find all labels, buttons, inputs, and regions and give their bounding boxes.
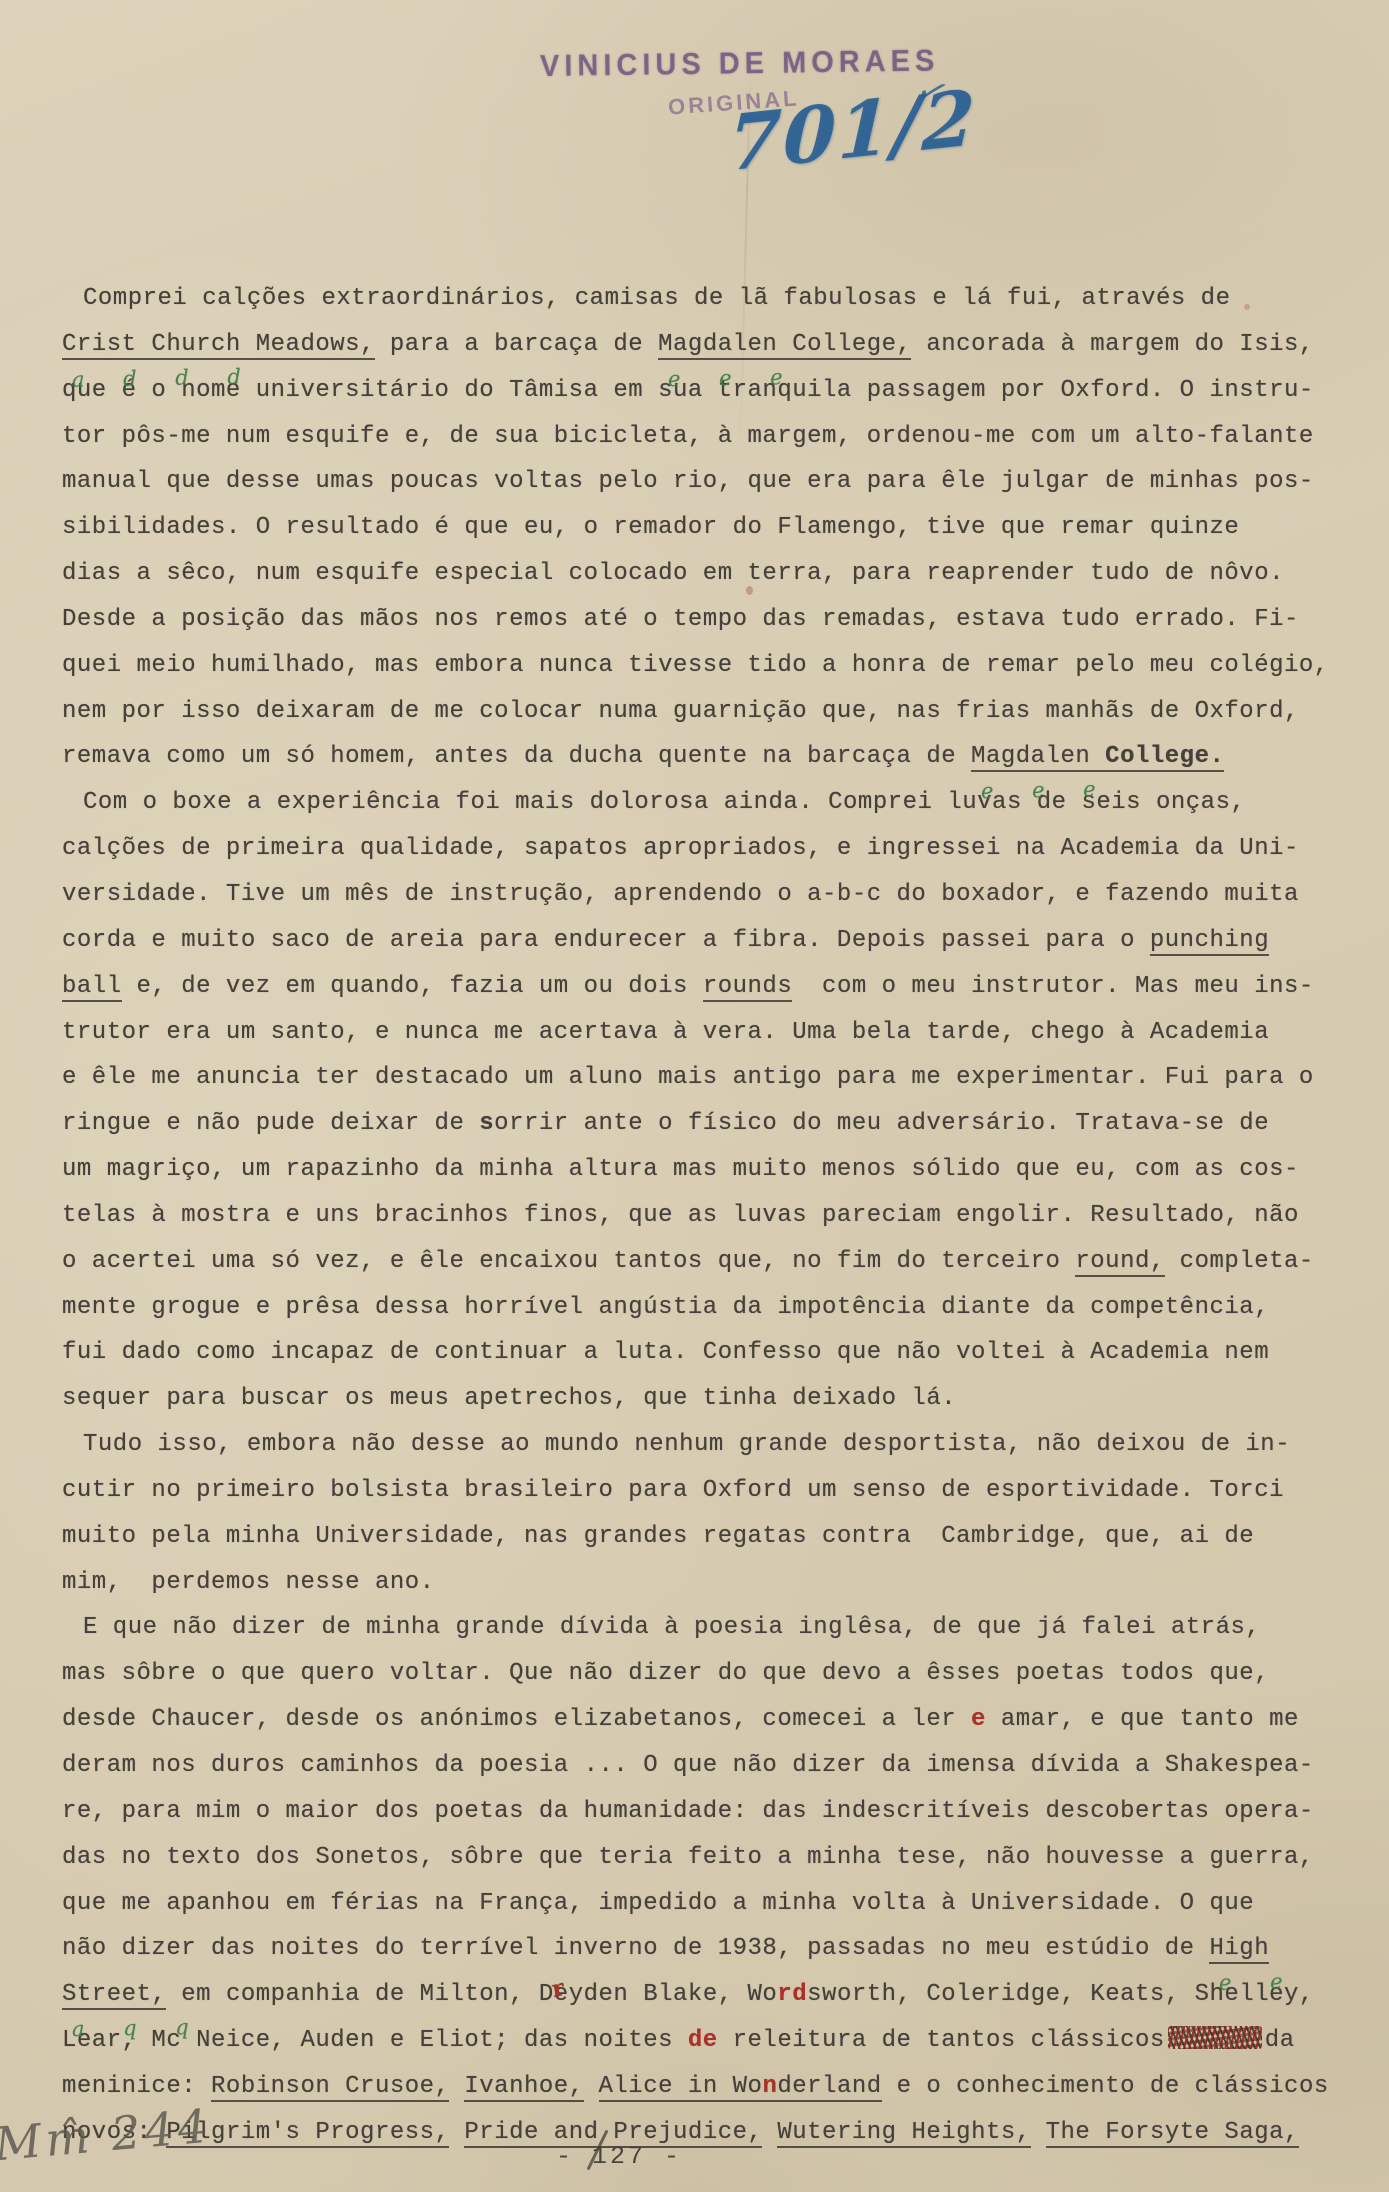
text-segment: sibilidades. O resultado é que eu, o rem…: [62, 514, 1239, 541]
annotated-text-segment: round,: [1075, 1248, 1164, 1277]
text-line: Street, em companhia de Milton, Dreyden …: [62, 1972, 1362, 2018]
text-segment: mim, perdemos nesse ano.: [62, 1569, 435, 1596]
text-segment: Desde a posição das mãos nos remos até o…: [62, 606, 1299, 633]
text-segment: [449, 2073, 464, 2100]
text-line: calções de primeira qualidade, sapatos a…: [62, 826, 1362, 872]
text-line: corda e muito saco de areia para endurec…: [62, 918, 1362, 964]
text-segment: fui dado como incapaz de continuar a lut…: [62, 1339, 1269, 1366]
annotated-text-segment: re: [554, 1981, 569, 2008]
text-segment: não dizer das noites do terrível inverno…: [62, 1935, 1209, 1962]
text-segment: E que não dizer de minha grande dívida à…: [83, 1614, 1260, 1641]
text-segment: completa-: [1165, 1248, 1314, 1275]
annotated-text-segment: derland: [777, 2073, 881, 2102]
scribbled-out-word: [1168, 2026, 1262, 2049]
text-segment: desde Chaucer, desde os anónimos elizabe…: [62, 1706, 971, 1733]
text-segment: amar, e que tanto me: [986, 1706, 1299, 1733]
text-segment: telas à mostra e uns bracinhos finos, qu…: [62, 1202, 1299, 1229]
text-line: trutor era um santo, e nunca me acertava…: [62, 1010, 1362, 1056]
typed-text: Comprei calções extraordinários, camisas…: [62, 276, 1362, 2156]
text-line: meninice: Robinson Crusoe, Ivanhoe, Alic…: [62, 2064, 1362, 2110]
underlined-with-green-marks: Magdalen College,: [658, 331, 911, 360]
text-segment: um magriço, um rapazinho da minha altura…: [62, 1156, 1299, 1183]
text-segment: cutir no primeiro bolsista brasileiro pa…: [62, 1477, 1284, 1504]
text-line: telas à mostra e uns bracinhos finos, qu…: [62, 1193, 1362, 1239]
text-line: muito pela minha Universidade, nas grand…: [62, 1514, 1362, 1560]
text-line: E que não dizer de minha grande dívida à…: [62, 1605, 1362, 1651]
text-line: quei meio humilhado, mas embora nunca ti…: [62, 643, 1362, 689]
annotated-text-segment: n: [762, 2073, 777, 2102]
text-segment: sequer para buscar os meus apetrechos, q…: [62, 1385, 956, 1412]
text-line: Lear, Mc Neice, Auden e Eliot; das noite…: [62, 2018, 1362, 2064]
text-line: mim, perdemos nesse ano.: [62, 1560, 1362, 1606]
text-segment: ringue e não pude deixar de: [62, 1110, 479, 1137]
text-segment: dias a sêco, num esquife especial coloca…: [62, 560, 1284, 587]
text-line: Comprei calções extraordinários, camisas…: [62, 276, 1362, 322]
text-line: tor pôs-me num esquife e, de sua bicicle…: [62, 414, 1362, 460]
annotated-text-segment: Alice in Wo: [599, 2073, 763, 2102]
text-segment: ancorada à margem do Isis,: [911, 331, 1313, 358]
text-segment: [762, 2119, 777, 2146]
text-line: fui dado como incapaz de continuar a lut…: [62, 1330, 1362, 1376]
text-line: que me apanhou em férias na França, impe…: [62, 1881, 1362, 1927]
underlined-with-green-marks: High: [1209, 1935, 1269, 1964]
text-line: deram nos duros caminhos da poesia ... O…: [62, 1743, 1362, 1789]
text-segment: trutor era um santo, e nunca me acertava…: [62, 1019, 1269, 1046]
text-line: cutir no primeiro bolsista brasileiro pa…: [62, 1468, 1362, 1514]
text-segment: releitura de tantos clássicos: [718, 2027, 1165, 2054]
text-segment: quei meio humilhado, mas embora nunca ti…: [62, 652, 1329, 679]
text-line: novos: Pilgrim's Progress, Pride and Pre…: [62, 2110, 1362, 2156]
text-segment: e, de vez em quando, fazia um ou dois: [122, 973, 703, 1000]
text-line: desde Chaucer, desde os anónimos elizabe…: [62, 1697, 1362, 1743]
text-segment: das no texto dos Sonetos, sôbre que teri…: [62, 1844, 1314, 1871]
text-segment: orrir ante o físico do meu adversário. T…: [494, 1110, 1269, 1137]
underlined-with-green-marks: Crist Church Meadows,: [62, 331, 375, 360]
page-number: - 127 -: [556, 2142, 682, 2171]
text-segment: da: [1265, 2027, 1295, 2054]
annotated-text-segment: Ivanhoe,: [464, 2073, 583, 2102]
scanned-typescript-page: { "colors": { "paper": "#d8cdb3", "ink":…: [0, 0, 1389, 2192]
annotated-text-segment: de: [688, 2027, 718, 2054]
text-line: mas sôbre o que quero voltar. Que não di…: [62, 1651, 1362, 1697]
text-line: das no texto dos Sonetos, sôbre que teri…: [62, 1835, 1362, 1881]
text-segment: [584, 2073, 599, 2100]
annotated-text-segment: rd: [777, 1981, 807, 2008]
text-segment: nem por isso deixaram de me colocar numa…: [62, 698, 1299, 725]
text-line: e êle me anuncia ter destacado um aluno …: [62, 1055, 1362, 1101]
text-segment: em companhia de Milton, D: [166, 1981, 553, 2008]
underlined-with-green-marks: Magdalen: [971, 743, 1105, 772]
text-segment: re, para mim o maior dos poetas da human…: [62, 1798, 1314, 1825]
text-line: Desde a posição das mãos nos remos até o…: [62, 597, 1362, 643]
text-segment: com o meu instrutor. Mas meu ins-: [792, 973, 1314, 1000]
text-segment: Comprei calções extraordinários, camisas…: [83, 285, 1230, 312]
text-line: um magriço, um rapazinho da minha altura…: [62, 1147, 1362, 1193]
annotated-text-segment: The Forsyte Saga,: [1046, 2119, 1299, 2148]
text-line: não dizer das noites do terrível inverno…: [62, 1926, 1362, 1972]
text-segment: que me apanhou em férias na França, impe…: [62, 1890, 1254, 1917]
text-line: manual que desse umas poucas voltas pelo…: [62, 459, 1362, 505]
text-segment: tor pôs-me num esquife e, de sua bicicle…: [62, 423, 1314, 450]
text-segment: deram nos duros caminhos da poesia ... O…: [62, 1752, 1314, 1779]
text-line: remava como um só homem, antes da ducha …: [62, 734, 1362, 780]
annotated-text-segment: punching: [1150, 927, 1269, 956]
text-segment: corda e muito saco de areia para endurec…: [62, 927, 1150, 954]
annotated-text-segment: Wutering Heights,: [777, 2119, 1030, 2148]
text-line: Crist Church Meadows, para a barcaça de …: [62, 322, 1362, 368]
text-line: re, para mim o maior dos poetas da human…: [62, 1789, 1362, 1835]
text-segment: meninice:: [62, 2073, 211, 2100]
text-line: sequer para buscar os meus apetrechos, q…: [62, 1376, 1362, 1422]
text-line: ringue e não pude deixar de sorrir ante …: [62, 1101, 1362, 1147]
text-segment: e o conhecimento de clássicos: [882, 2073, 1329, 2100]
text-segment: [1031, 2119, 1046, 2146]
underlined-with-green-marks: Street,: [62, 1981, 166, 2010]
text-segment: para a barcaça de: [375, 331, 658, 358]
text-line: ball e, de vez em quando, fazia um ou do…: [62, 964, 1362, 1010]
annotated-text-segment: College.: [1105, 743, 1224, 772]
text-line: mente grogue e prêsa dessa horrível angú…: [62, 1285, 1362, 1331]
owner-stamp: VINICIUS DE MORAES: [540, 45, 920, 85]
text-segment: e êle me anuncia ter destacado um aluno …: [62, 1064, 1314, 1091]
text-line: versidade. Tive um mês de instrução, apr…: [62, 872, 1362, 918]
text-segment: mente grogue e prêsa dessa horrível angú…: [62, 1294, 1269, 1321]
text-segment: Tudo isso, embora não desse ao mundo nen…: [83, 1431, 1290, 1458]
text-segment: manual que desse umas poucas voltas pelo…: [62, 468, 1314, 495]
annotated-text-segment: rounds: [703, 973, 792, 1002]
annotated-text-segment: ball: [62, 973, 122, 1002]
text-segment: versidade. Tive um mês de instrução, apr…: [62, 881, 1299, 908]
text-segment: [449, 2119, 464, 2146]
text-line: dias a sêco, num esquife especial coloca…: [62, 551, 1362, 597]
text-segment: remava como um só homem, antes da ducha …: [62, 743, 971, 770]
text-segment: o acertei uma só vez, e êle encaixou tan…: [62, 1248, 1075, 1275]
text-segment: calções de primeira qualidade, sapatos a…: [62, 835, 1299, 862]
annotated-text-segment: s: [479, 1110, 494, 1137]
text-line: Com o boxe a experiência foi mais doloro…: [62, 780, 1362, 826]
text-segment: yden Blake, Wo: [569, 1981, 778, 2008]
text-segment: muito pela minha Universidade, nas grand…: [62, 1523, 1254, 1550]
text-segment: mas sôbre o que quero voltar. Que não di…: [62, 1660, 1269, 1687]
text-line: Tudo isso, embora não desse ao mundo nen…: [62, 1422, 1362, 1468]
text-line: sibilidades. O resultado é que eu, o rem…: [62, 505, 1362, 551]
annotated-text-segment: Robinson Crusoe,: [211, 2073, 449, 2102]
text-line: o acertei uma só vez, e êle encaixou tan…: [62, 1239, 1362, 1285]
annotated-text-segment: e: [971, 1706, 986, 1733]
text-line: nem por isso deixaram de me colocar numa…: [62, 689, 1362, 735]
